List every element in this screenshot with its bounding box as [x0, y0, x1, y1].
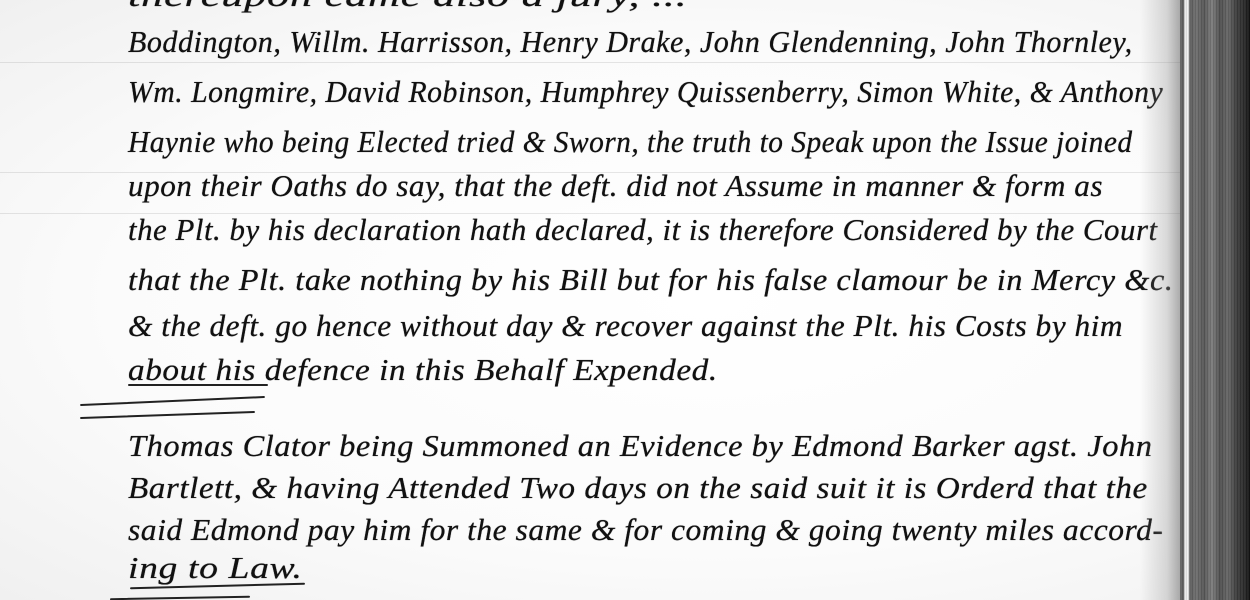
entry-1-line-7: & the deft. go hence without day & recov…	[128, 308, 1123, 344]
manuscript-page: thereupon came also a jury, ... Boddingt…	[0, 0, 1180, 600]
ruled-line	[0, 62, 1180, 63]
entry-2-line-1: Thomas Clator being Summoned an Evidence…	[128, 428, 1152, 464]
entry-2-line-3: said Edmond pay him for the same & for c…	[128, 512, 1163, 548]
entry-1-line-2: Wm. Longmire, David Robinson, Humphrey Q…	[128, 74, 1163, 110]
book-binding	[1180, 0, 1250, 600]
entry-1-line-1: Boddington, Willm. Harrisson, Henry Drak…	[128, 24, 1133, 60]
entry-1-line-3: Haynie who being Elected tried & Sworn, …	[128, 124, 1133, 160]
entry-1-line-4: upon their Oaths do say, that the deft. …	[128, 168, 1103, 204]
entry-1-line-6: that the Plt. take nothing by his Bill b…	[128, 262, 1173, 298]
separator-rule-bottom	[80, 411, 255, 419]
entry-2-line-2: Bartlett, & having Attended Two days on …	[128, 470, 1148, 506]
separator-rule-top	[80, 396, 265, 406]
page-edge-shadow	[1140, 0, 1180, 600]
entry-1-line-5: the Plt. by his declaration hath declare…	[128, 212, 1158, 248]
entry-1-line-8: about his defence in this Behalf Expende…	[128, 352, 718, 388]
underline	[128, 384, 268, 386]
entry-1-line-0-partial: thereupon came also a jury, ...	[128, 0, 687, 14]
entry-2-line-4: ing to Law.	[128, 550, 303, 586]
closing-rule	[110, 596, 250, 600]
